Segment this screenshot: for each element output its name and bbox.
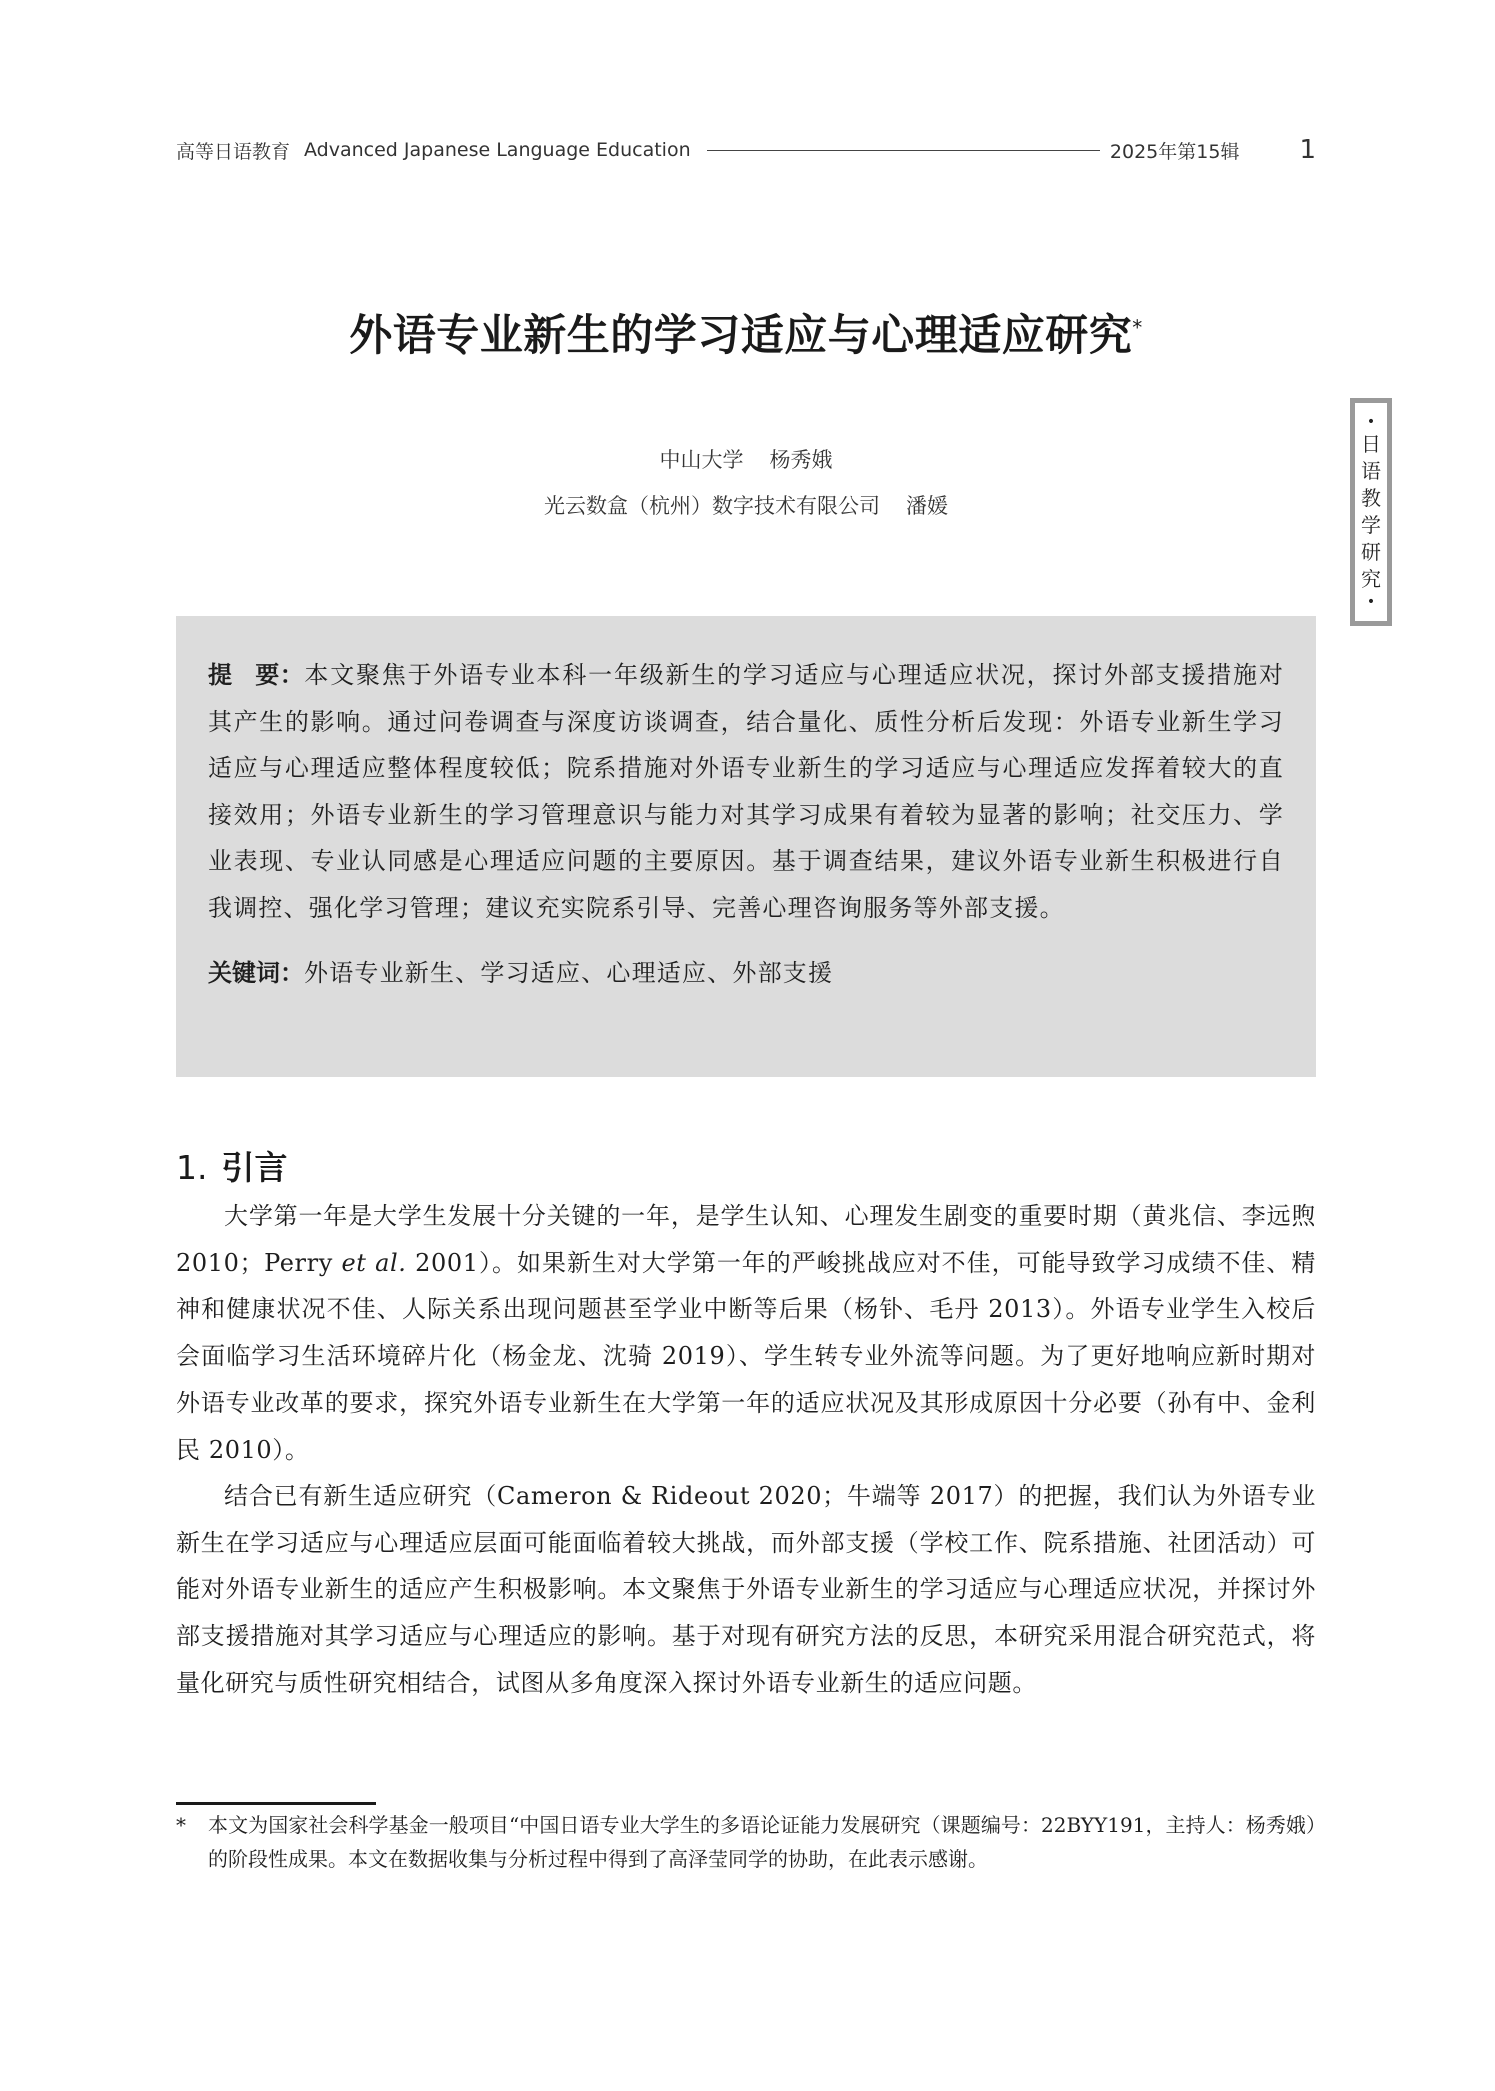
journal-name-en: Advanced Japanese Language Education [304, 139, 691, 161]
tab-dot-bottom: • [1367, 593, 1375, 611]
tab-char: 日 [1361, 431, 1381, 458]
author-affiliation: 光云数盒（杭州）数字技术有限公司 [544, 494, 880, 518]
issue-label: 2025年第15辑 [1110, 137, 1240, 164]
section-number: 1. [176, 1148, 208, 1187]
running-header: 高等日语教育 Advanced Japanese Language Educat… [176, 132, 1316, 168]
section-heading: 1.引言 [176, 1142, 288, 1189]
tab-char: 研 [1361, 539, 1381, 566]
italic-et-al: et al. [341, 1249, 406, 1277]
abstract: 提要：本文聚焦于外语专业本科一年级新生的学习适应与心理适应状况，探讨外部支援措施… [208, 652, 1284, 931]
body-paragraph: 大学第一年是大学生发展十分关键的一年，是学生认知、心理发生剧变的重要时期（黄兆信… [176, 1193, 1316, 1473]
abstract-box: 提要：本文聚焦于外语专业本科一年级新生的学习适应与心理适应状况，探讨外部支援措施… [176, 616, 1316, 1077]
author-affiliation: 中山大学 [660, 448, 744, 472]
title-footnote-marker: * [1132, 316, 1143, 340]
author-name: 潘媛 [906, 494, 948, 518]
keywords: 关键词：外语专业新生、学习适应、心理适应、外部支援 [208, 953, 1284, 993]
abstract-text: 本文聚焦于外语专业本科一年级新生的学习适应与心理适应状况，探讨外部支援措施对其产… [208, 661, 1284, 922]
footnote-marker: * [176, 1808, 208, 1876]
header-rule [707, 150, 1100, 151]
section-title: 引言 [222, 1148, 288, 1187]
footnote-text: 本文为国家社会科学基金一般项目“中国日语专业大学生的多语论证能力发展研究（课题编… [208, 1808, 1316, 1876]
journal-name-cn: 高等日语教育 [176, 137, 290, 164]
keywords-text: 外语专业新生、学习适应、心理适应、外部支援 [304, 959, 833, 987]
footnote: * 本文为国家社会科学基金一般项目“中国日语专业大学生的多语论证能力发展研究（课… [176, 1808, 1316, 1876]
footnote-rule [176, 1802, 376, 1805]
author-name: 杨秀娥 [770, 448, 833, 472]
tab-char: 究 [1361, 566, 1381, 593]
body-paragraph: 结合已有新生适应研究（Cameron & Rideout 2020；牛端等 20… [176, 1473, 1316, 1707]
tab-char: 语 [1361, 458, 1381, 485]
article-title: 外语专业新生的学习适应与心理适应研究* [176, 302, 1316, 363]
author-line: 中山大学杨秀娥 [176, 444, 1316, 474]
tab-char: 教 [1361, 485, 1381, 512]
tab-char: 学 [1361, 512, 1381, 539]
title-text: 外语专业新生的学习适应与心理适应研究 [349, 311, 1132, 361]
keywords-label: 关键词： [208, 959, 304, 987]
abstract-label: 提要： [208, 661, 304, 689]
section-tab: • 日 语 教 学 研 究 • [1350, 398, 1392, 626]
page-number: 1 [1299, 135, 1316, 165]
author-line: 光云数盒（杭州）数字技术有限公司潘媛 [176, 490, 1316, 520]
tab-dot-top: • [1367, 413, 1375, 431]
